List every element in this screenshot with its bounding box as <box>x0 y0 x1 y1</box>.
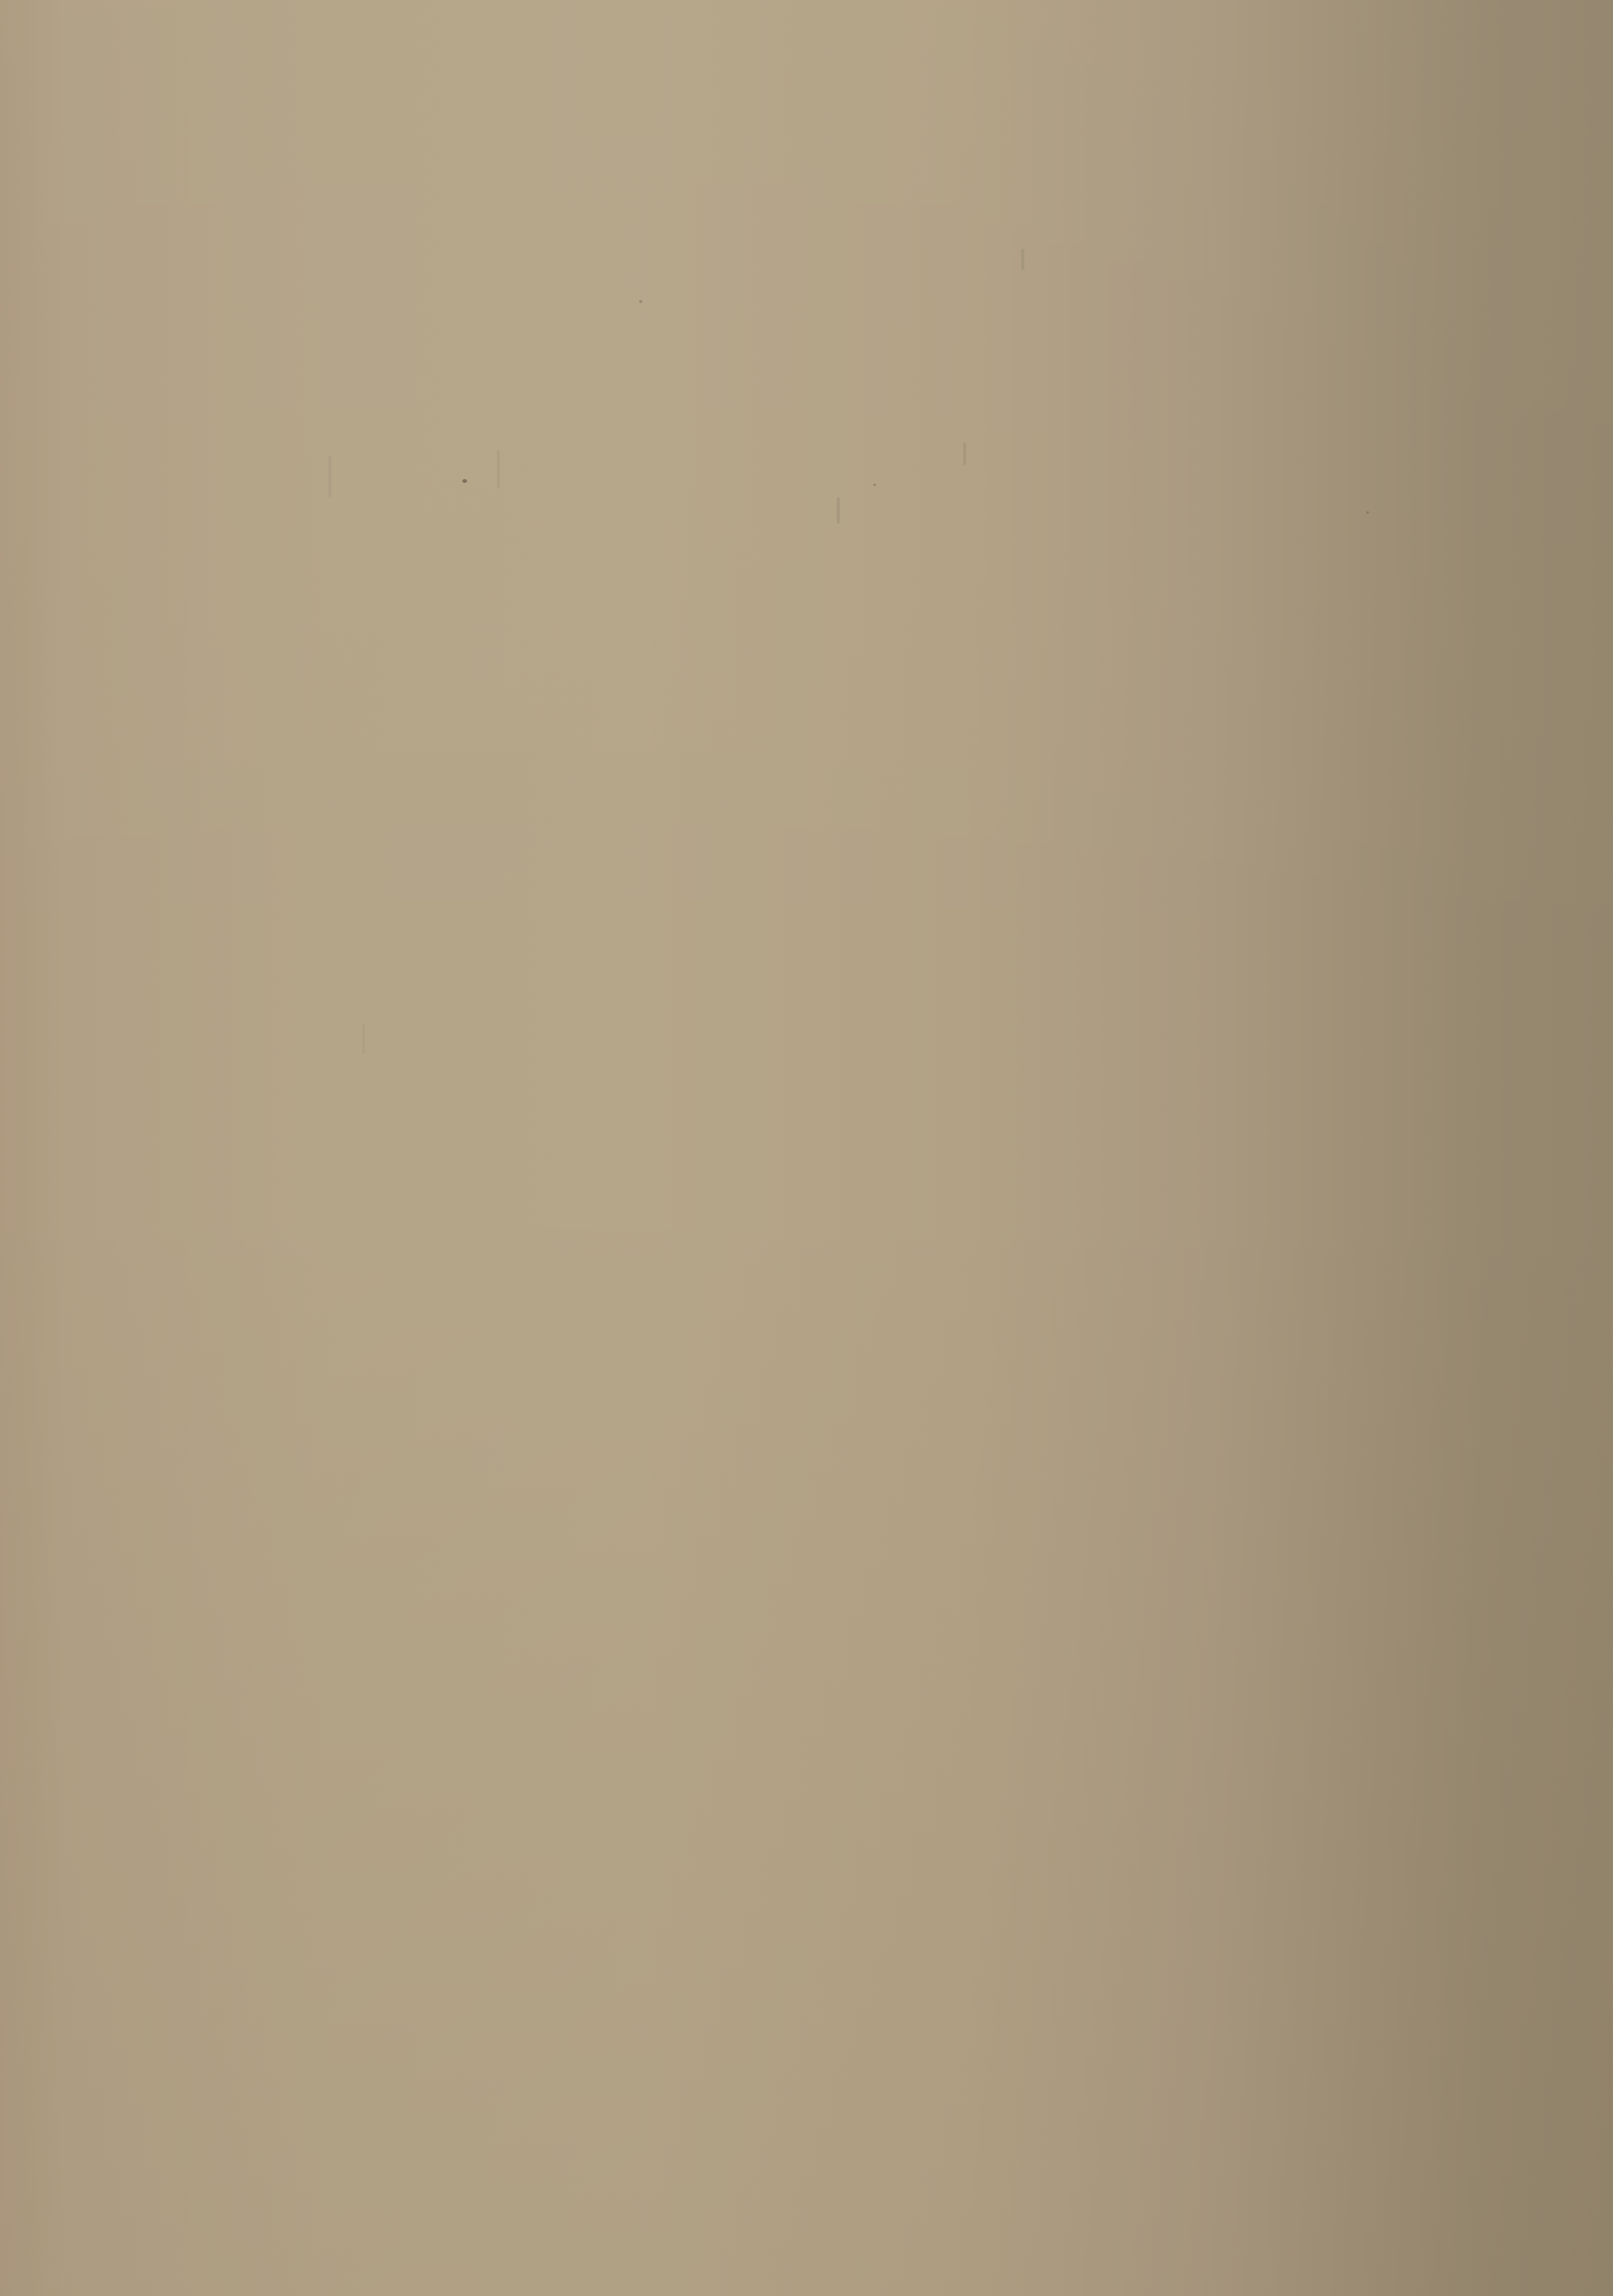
paper-speck <box>873 484 876 486</box>
paper-streak <box>837 497 840 523</box>
paper-streak <box>497 450 500 488</box>
paper-streak <box>963 442 966 465</box>
paper-speck <box>462 479 467 483</box>
paper-speck <box>1366 511 1369 514</box>
blank-paper-page <box>0 0 1613 2296</box>
paper-streak <box>328 455 331 497</box>
paper-streak <box>1021 249 1024 270</box>
paper-streak <box>362 1024 365 1055</box>
paper-speck <box>639 300 642 303</box>
